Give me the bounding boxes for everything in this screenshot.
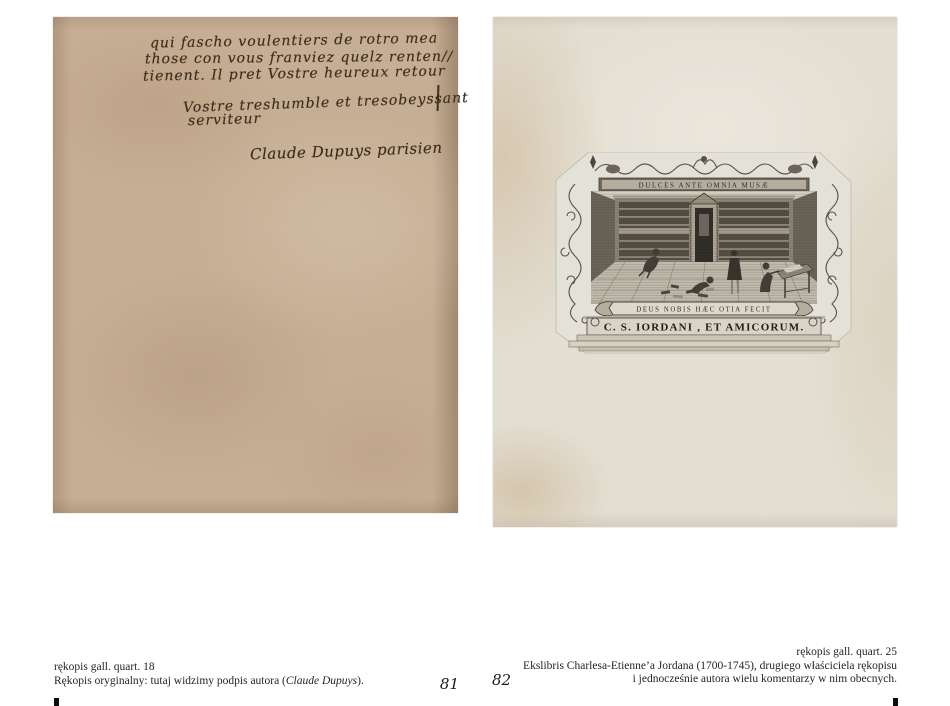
caption-left-author-italic: Claude Dupuys [286,675,357,687]
caption-left-text: Rękopis oryginalny: tutaj widzimy podpis… [54,675,286,687]
manuscript-photo-left: qui fascho voulentiers de rotro mea thos… [53,17,458,513]
page-number-81: 81 [429,675,459,693]
handwriting-closing-line: serviteur [188,111,262,130]
cutoff-mark-right [893,698,898,706]
motto-ribbon-banner: DEUS NOBIS HÆC OTIA FECIT [595,302,813,316]
handwriting-signature: Claude Dupuys parisien [250,139,443,164]
exlibris-motto-ribbon: DEUS NOBIS HÆC OTIA FECIT [636,307,771,314]
corner-figure-right [788,165,802,174]
caption-right-line2: i jednocześnie autora wielu komentarzy w… [523,673,897,687]
shelfmark-left: rękopis gall. quart. 18 [54,661,364,675]
cutoff-mark-left [54,698,59,706]
manuscript-photo-right: DULCES ANTE OMNIA MUSÆ [493,17,897,527]
library-scene [591,191,817,304]
caption-right-line1: Ekslibris Charlesa-Etienne’a Jordana (17… [523,660,897,674]
caption-left-text-end: ). [357,675,364,687]
pedestal-steps [569,335,839,351]
corner-figure-left [606,165,620,174]
shelfmark-right: rękopis gall. quart. 25 [523,646,897,660]
exlibris-motto-top: DULCES ANTE OMNIA MUSÆ [639,182,770,190]
caption-right: rękopis gall. quart. 25 Ekslibris Charle… [523,646,897,687]
owner-plinth: C. S. IORDANI , ET AMICORUM. [583,316,825,335]
book-spread: qui fascho voulentiers de rotro mea thos… [0,0,950,706]
exlibris-engraving: DULCES ANTE OMNIA MUSÆ [555,152,852,354]
caption-left-line: Rękopis oryginalny: tutaj widzimy podpis… [54,675,364,689]
page-number-82: 82 [492,671,511,689]
caption-left: rękopis gall. quart. 18 Rękopis oryginal… [54,661,364,688]
exlibris-owner-line: C. S. IORDANI , ET AMICORUM. [604,322,805,334]
